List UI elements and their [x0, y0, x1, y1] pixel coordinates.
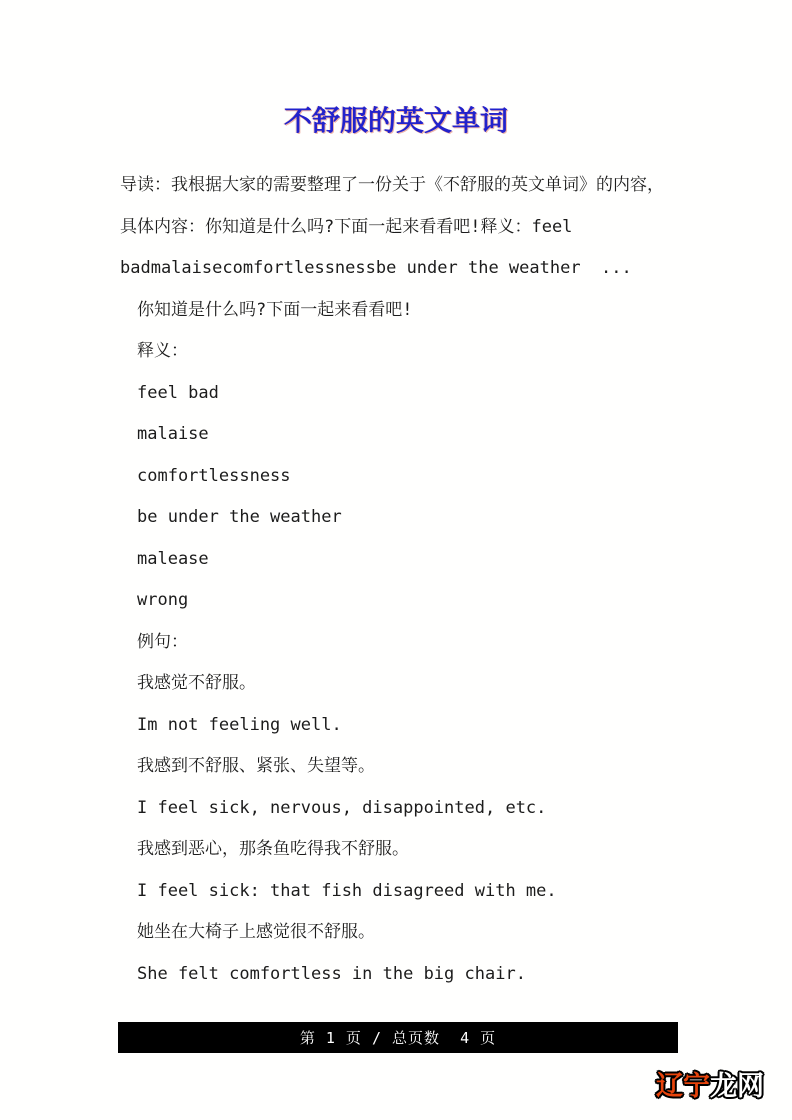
- document-body: 导读：我根据大家的需要整理了一份关于《不舒服的英文单词》的内容，具体内容：你知道…: [120, 165, 720, 995]
- page-footer-bar: 第 1 页 / 总页数 4 页: [118, 1022, 678, 1053]
- text-line: 我感到不舒服、紧张、失望等。: [120, 746, 720, 788]
- text-line: She felt comfortless in the big chair.: [120, 954, 720, 996]
- text-line: badmalaisecomfortlessnessbe under the we…: [120, 248, 720, 290]
- text-line: comfortlessness: [120, 456, 720, 498]
- text-line: 例句：: [120, 622, 720, 664]
- watermark-part-2: 龙网: [710, 1071, 764, 1102]
- text-line: malaise: [120, 414, 720, 456]
- text-line: 我感到恶心，那条鱼吃得我不舒服。: [120, 829, 720, 871]
- text-line: Im not feeling well.: [120, 705, 720, 747]
- text-line: 导读：我根据大家的需要整理了一份关于《不舒服的英文单词》的内容，: [120, 165, 720, 207]
- text-line: I feel sick: that fish disagreed with me…: [120, 871, 720, 913]
- page-number: 第 1 页 / 总页数 4 页: [300, 1027, 496, 1048]
- text-line: 具体内容：你知道是什么吗?下面一起来看看吧!释义：feel: [120, 207, 720, 249]
- text-line: 你知道是什么吗?下面一起来看看吧!: [120, 290, 720, 332]
- watermark-logo: 辽宁龙网: [656, 1071, 764, 1102]
- text-line: I feel sick, nervous, disappointed, etc.: [120, 788, 720, 830]
- text-line: feel bad: [120, 373, 720, 415]
- watermark-part-1: 辽宁: [656, 1071, 710, 1102]
- text-line: be under the weather: [120, 497, 720, 539]
- text-line: 我感觉不舒服。: [120, 663, 720, 705]
- text-line: 释义：: [120, 331, 720, 373]
- document-title: 不舒服的英文单词: [0, 99, 792, 139]
- text-line: 她坐在大椅子上感觉很不舒服。: [120, 912, 720, 954]
- document-page: 不舒服的英文单词 导读：我根据大家的需要整理了一份关于《不舒服的英文单词》的内容…: [0, 0, 792, 1120]
- text-line: wrong: [120, 580, 720, 622]
- text-line: malease: [120, 539, 720, 581]
